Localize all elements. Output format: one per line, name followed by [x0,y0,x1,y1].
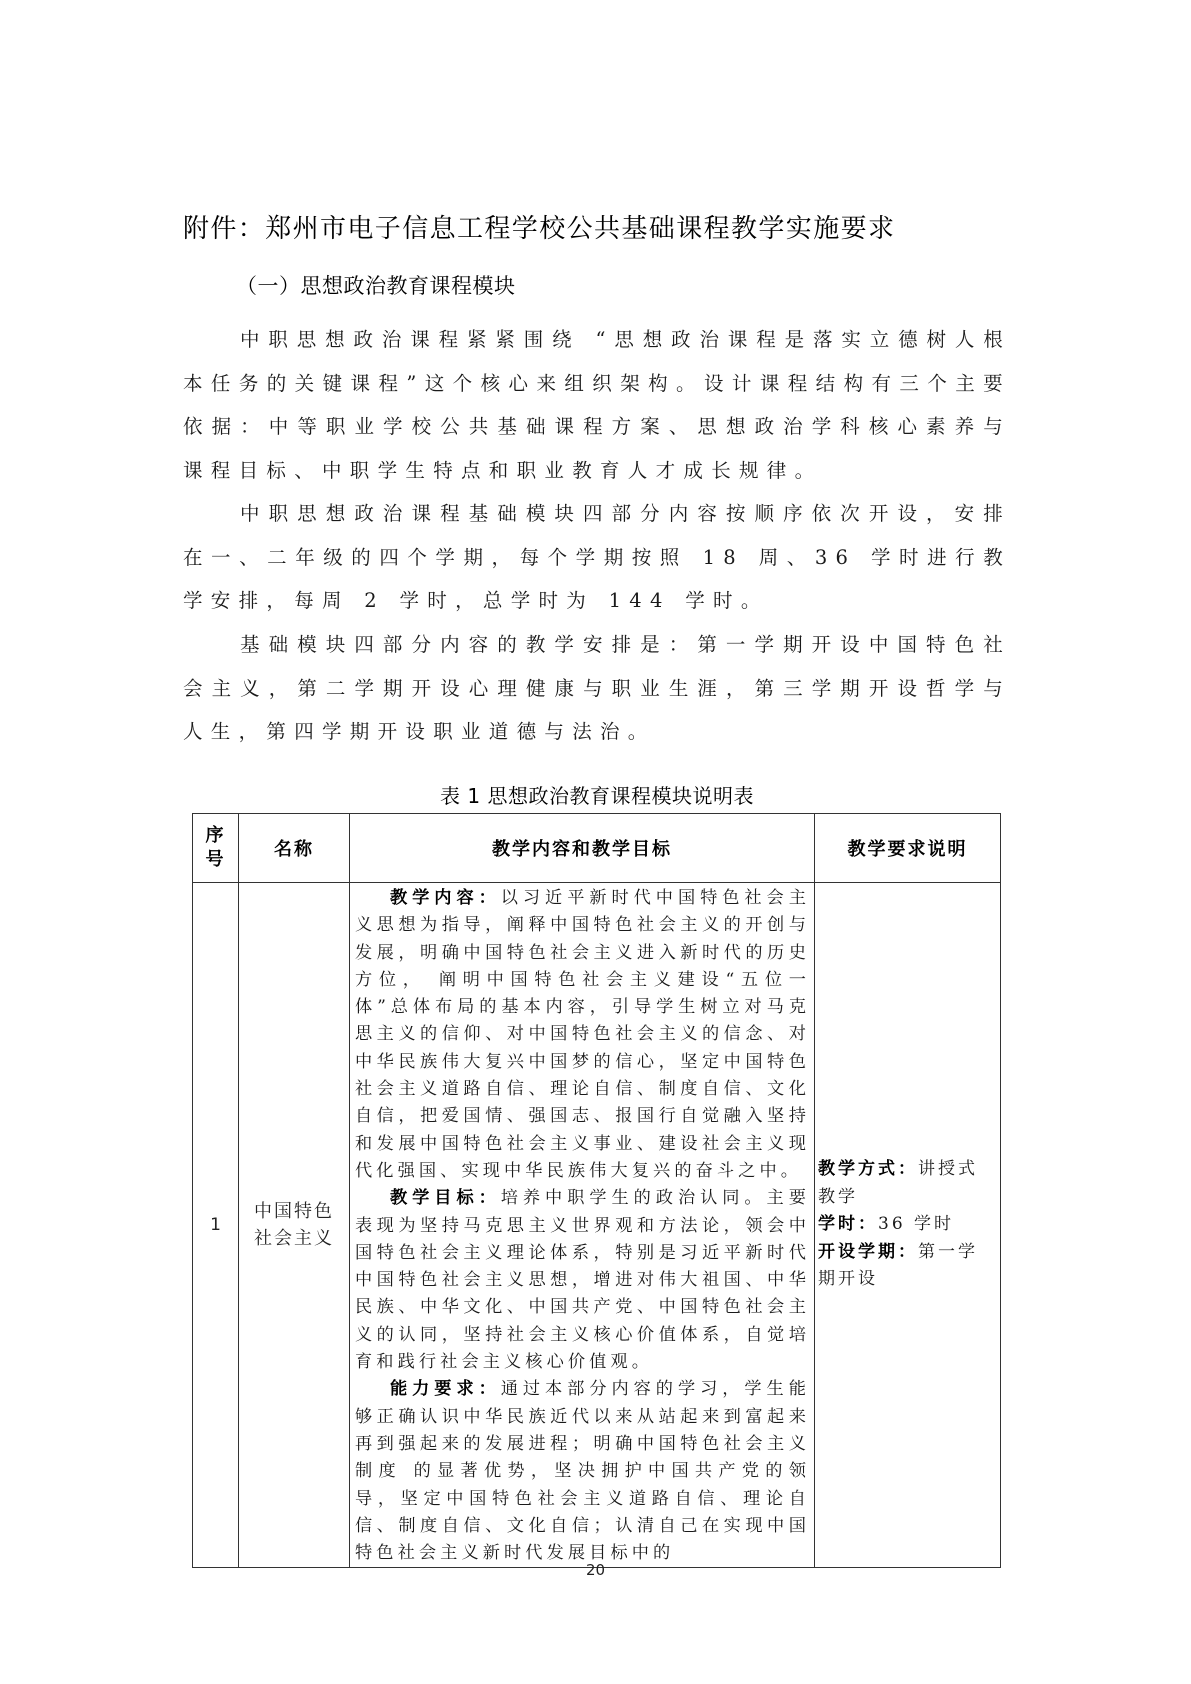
label-teaching-method: 教学方式： [818,1159,918,1179]
header-seq-line2: 号 [193,848,238,872]
body-paragraph: 中职思想政治课程紧紧围绕 “思想政治课程是落实立德树人根本任务的关键课程”这个核… [183,318,1011,492]
req-teaching-method: 教学方式：讲授式教学 [818,1156,997,1211]
label-teaching-content: 教学内容： [390,888,501,908]
text-teaching-content: 以习近平新时代中国特色社会主义思想为指导，阐释中国特色社会主义的开创与发展，明确… [355,888,810,1181]
cell-requirements: 教学方式：讲授式教学 学时：36 学时 开设学期：第一学期开设 [815,883,1001,1568]
cell-content: 教学内容：以习近平新时代中国特色社会主义思想为指导，阐释中国特色社会主义的开创与… [350,883,815,1568]
section-title: （一）思想政治教育课程模块 [236,268,516,304]
body-paragraph: 基础模块四部分内容的教学安排是：第一学期开设中国特色社会主义，第二学期开设心理健… [183,623,1011,754]
label-semester: 开设学期： [818,1242,918,1262]
text-class-hours: 36 学时 [878,1214,954,1234]
table-header-row: 序 号 名称 教学内容和教学目标 教学要求说明 [193,814,1001,883]
table-row: 1 中国特色社会主义 教学内容：以习近平新时代中国特色社会主义思想为指导，阐释中… [193,883,1001,1568]
header-seq-line1: 序 [193,824,238,848]
content-ability-requirement: 能力要求：通过本部分内容的学习，学生能够正确认识中华民族近代以来从站起来到富起来… [355,1376,810,1567]
content-teaching-content: 教学内容：以习近平新时代中国特色社会主义思想为指导，阐释中国特色社会主义的开创与… [355,885,810,1185]
label-ability-requirement: 能力要求： [390,1379,501,1399]
text-ability-requirement: 通过本部分内容的学习，学生能够正确认识中华民族近代以来从站起来到富起来再到强起来… [355,1379,810,1563]
content-teaching-goal: 教学目标：培养中职学生的政治认同。主要表现为坚持马克思主义世界观和方法论，领会中… [355,1185,810,1376]
label-class-hours: 学时： [818,1214,878,1234]
req-class-hours: 学时：36 学时 [818,1211,997,1239]
header-content: 教学内容和教学目标 [350,814,815,883]
header-seq: 序 号 [193,814,239,883]
cell-seq: 1 [193,883,239,1568]
req-semester: 开设学期：第一学期开设 [818,1239,997,1294]
header-requirements: 教学要求说明 [815,814,1001,883]
course-module-table: 序 号 名称 教学内容和教学目标 教学要求说明 1 中国特色社会主义 教学内容：… [192,813,1001,1568]
cell-name: 中国特色社会主义 [239,883,350,1568]
label-teaching-goal: 教学目标： [390,1188,501,1208]
text-teaching-goal: 培养中职学生的政治认同。主要表现为坚持马克思主义世界观和方法论，领会中国特色社会… [355,1188,810,1372]
document-page: 附件：郑州市电子信息工程学校公共基础课程教学实施要求 （一）思想政治教育课程模块… [0,0,1191,1684]
body-paragraph: 中职思想政治课程基础模块四部分内容按顺序依次开设，安排在一、二年级的四个学期，每… [183,492,1011,623]
document-title: 附件：郑州市电子信息工程学校公共基础课程教学实施要求 [183,208,895,250]
page-number: 20 [0,1561,1191,1579]
table-caption: 表 1 思想政治教育课程模块说明表 [183,782,1011,810]
header-name: 名称 [239,814,350,883]
